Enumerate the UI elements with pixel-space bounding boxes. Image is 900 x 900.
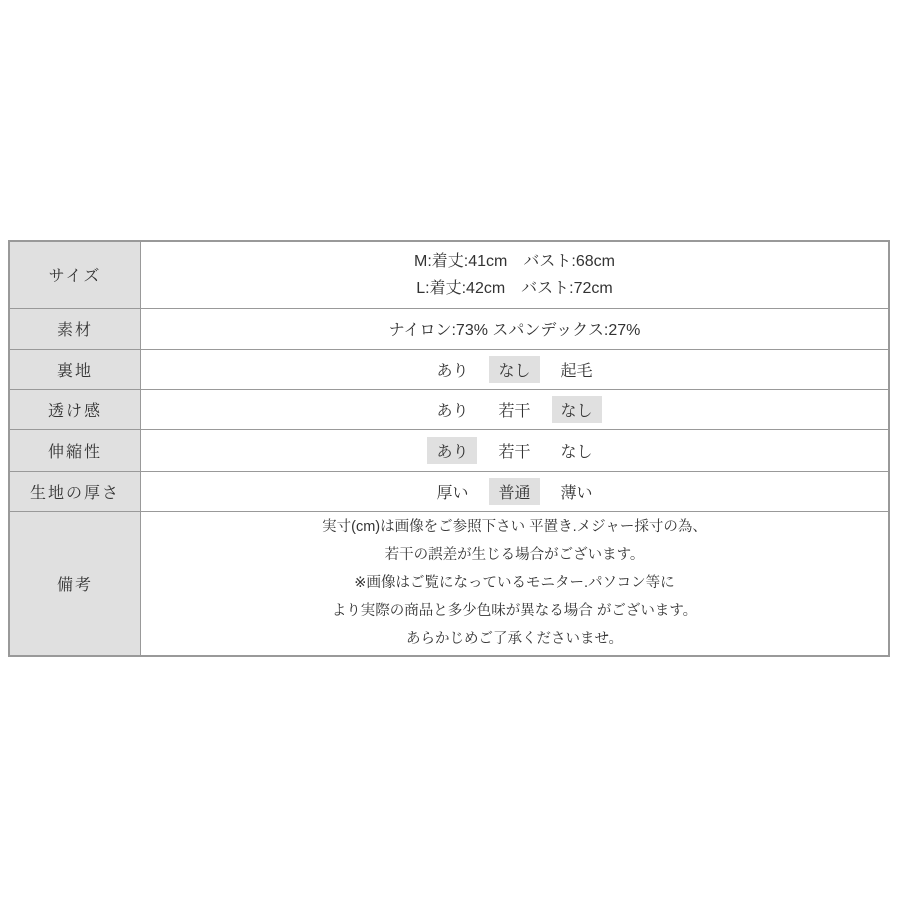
row-lining: 裏地 あり なし 起毛 [9,349,889,389]
row-size-label: サイズ [9,241,141,308]
option-jakkan: 若干 [489,437,539,464]
lining-options: あり なし 起毛 [142,356,887,383]
row-sheerness-value: あり 若干 なし [141,389,890,429]
option-ari-selected: あり [427,437,477,464]
row-lining-label: 裏地 [9,349,141,389]
notes-line-4: より実際の商品と多少色味が異なる場合 がございます。 [142,597,887,625]
notes-line-5: あらかじめご了承くださいませ。 [142,625,887,653]
row-sheerness: 透け感 あり 若干 なし [9,389,889,429]
option-futsuu-selected: 普通 [489,478,539,505]
notes-text: 実寸(cm)は画像をご参照下さい 平置き.メジャー採寸の為、 若干の誤差が生じる… [142,513,887,653]
row-thickness: 生地の厚さ 厚い 普通 薄い [9,471,889,511]
size-line-l: L:着丈:42cm バスト:72cm [142,275,887,302]
row-lining-value: あり なし 起毛 [141,349,890,389]
row-thickness-label: 生地の厚さ [9,471,141,511]
row-sheerness-label: 透け感 [9,389,141,429]
notes-line-3: ※画像はご覧になっているモニター.パソコン等に [142,569,887,597]
option-jakkan: 若干 [489,396,539,423]
row-size-value: M:着丈:41cm バスト:68cm L:着丈:42cm バスト:72cm [141,241,890,308]
row-material-label: 素材 [9,308,141,349]
option-ari: あり [427,356,477,383]
row-size: サイズ M:着丈:41cm バスト:68cm L:着丈:42cm バスト:72c… [9,241,889,308]
size-line-m: M:着丈:41cm バスト:68cm [142,248,887,275]
row-stretch: 伸縮性 あり 若干 なし [9,429,889,471]
product-spec-table: サイズ M:着丈:41cm バスト:68cm L:着丈:42cm バスト:72c… [8,240,890,657]
option-ari: あり [427,396,477,423]
row-notes: 備考 実寸(cm)は画像をご参照下さい 平置き.メジャー採寸の為、 若干の誤差が… [9,511,889,656]
thickness-options: 厚い 普通 薄い [142,478,887,505]
size-lines: M:着丈:41cm バスト:68cm L:着丈:42cm バスト:72cm [142,248,887,302]
stretch-options: あり 若干 なし [142,437,887,464]
row-stretch-label: 伸縮性 [9,429,141,471]
option-atsui: 厚い [427,478,477,505]
row-notes-label: 備考 [9,511,141,656]
row-material-value: ナイロン:73% スパンデックス:27% [141,308,890,349]
option-usui: 薄い [552,478,602,505]
option-nashi: なし [552,437,602,464]
row-notes-value: 実寸(cm)は画像をご参照下さい 平置き.メジャー採寸の為、 若干の誤差が生じる… [141,511,890,656]
notes-line-2: 若干の誤差が生じる場合がございます。 [142,541,887,569]
sheerness-options: あり 若干 なし [142,396,887,423]
option-kimo: 起毛 [552,356,602,383]
row-stretch-value: あり 若干 なし [141,429,890,471]
option-nashi-selected: なし [552,396,602,423]
row-thickness-value: 厚い 普通 薄い [141,471,890,511]
notes-line-1: 実寸(cm)は画像をご参照下さい 平置き.メジャー採寸の為、 [142,513,887,541]
row-material: 素材 ナイロン:73% スパンデックス:27% [9,308,889,349]
option-nashi-selected: なし [489,356,539,383]
